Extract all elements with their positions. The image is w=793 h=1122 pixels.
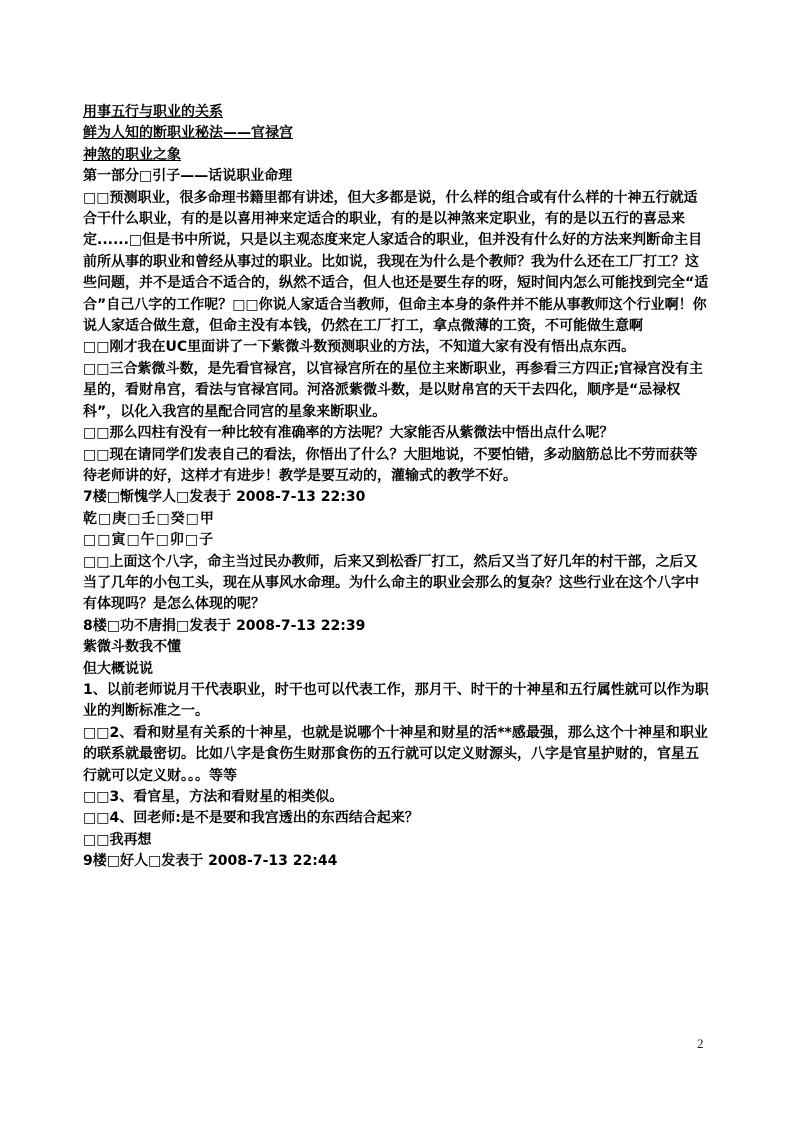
post-9-header: 9楼□好人□发表于 2008-7-13 22:44 bbox=[83, 851, 711, 872]
page-number: 2 bbox=[697, 1036, 704, 1052]
bazi-earthly-branches-line: □□寅□午□卯□子 bbox=[83, 530, 711, 551]
post-8-point-2: □□2、看和财星有关系的十神星，也就是说哪个十神星和财星的活**感最强，那么这个… bbox=[83, 723, 711, 787]
bazi-heavenly-stems-line: 乾□庚□壬□癸□甲 bbox=[83, 509, 711, 530]
paragraph-teaching-interaction: □□现在请同学们发表自己的看法，你悟出了什么？大胆地说，不要怕错，多动脑筋总比不… bbox=[83, 445, 711, 488]
doc-title-secret-method: 鲜为人知的断职业秘法——官禄宫 bbox=[83, 123, 711, 144]
post-7-header: 7楼□惭愧学人□发表于 2008-7-13 22:30 bbox=[83, 487, 711, 508]
post-8-line-zwds-unknown: 紫微斗数我不懂 bbox=[83, 637, 711, 658]
document-content: 用事五行与职业的关系 鲜为人知的断职业秘法——官禄宫 神煞的职业之象 第一部分□… bbox=[83, 102, 711, 873]
document-page: 用事五行与职业的关系 鲜为人知的断职业秘法——官禄宫 神煞的职业之象 第一部分□… bbox=[0, 0, 793, 1122]
doc-title-part1: 第一部分□引子——话说职业命理 bbox=[83, 166, 711, 187]
post-8-point-3: □□3、看官星，方法和看财星的相类似。 bbox=[83, 787, 711, 808]
paragraph-sizhu-question: □□那么四柱有没有一种比较有准确率的方法呢？大家能否从紫微法中悟出点什么呢？ bbox=[83, 423, 711, 444]
post-8-header: 8楼□功不唐捐□发表于 2008-7-13 22:39 bbox=[83, 616, 711, 637]
paragraph-sanhe-ziwei-method: □□三合紫微斗数，是先看官禄宫，以官禄宫所在的星位主来断职业，再参看三方四正;官… bbox=[83, 359, 711, 423]
post-8-point-4: □□4、回老师:是不是要和我宫透出的东西结合起来？ bbox=[83, 808, 711, 829]
post-8-closing-thought: □□我再想 bbox=[83, 830, 711, 851]
post-8-point-1: 1、以前老师说月干代表职业，时干也可以代表工作，那月干、时干的十神星和五行属性就… bbox=[83, 680, 711, 723]
paragraph-uc-ziwei-talk: □□刚才我在UC里面讲了一下紫微斗数预测职业的方法，不知道大家有没有悟出点东西。 bbox=[83, 337, 711, 358]
doc-title-shensha: 神煞的职业之象 bbox=[83, 145, 711, 166]
paragraph-career-prediction-intro: □□预测职业，很多命理书籍里都有讲述，但大多都是说，什么样的组合或有什么样的十神… bbox=[83, 188, 711, 338]
post-7-body-case-description: □□上面这个八字，命主当过民办教师，后来又到松香厂打工，然后又当了好几年的村干部… bbox=[83, 552, 711, 616]
post-8-line-roughly-speaking: 但大概说说 bbox=[83, 659, 711, 680]
doc-title-main: 用事五行与职业的关系 bbox=[83, 102, 711, 123]
